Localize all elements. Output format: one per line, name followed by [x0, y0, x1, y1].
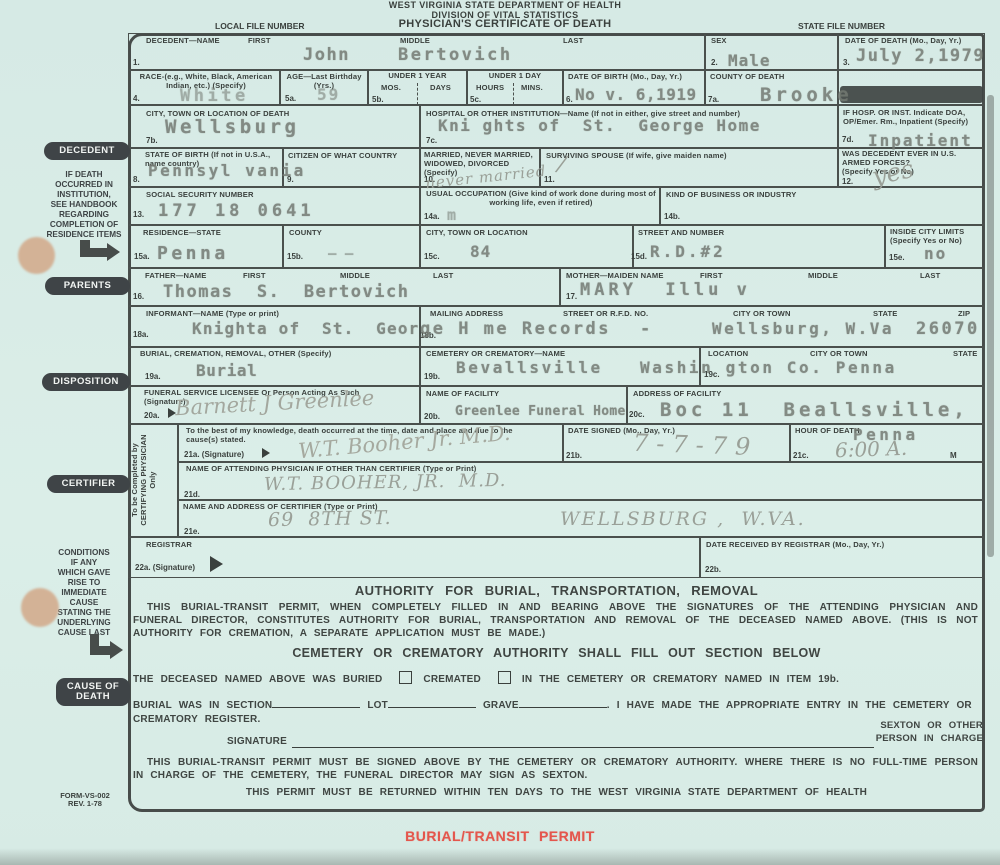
scan-edge-artifact — [987, 95, 994, 557]
field-label-sex: SEX — [711, 37, 727, 46]
field-label-residence-city: CITY, TOWN OR LOCATION — [426, 229, 528, 238]
value-hospital: Kni ghts of St. George Home — [438, 116, 761, 135]
state-file-number-label: STATE FILE NUMBER — [798, 21, 885, 31]
field-num-residence-state: 15a. — [134, 252, 150, 261]
field-label-date-received: DATE RECEIVED BY REGISTRAR (Mo., Day, Yr… — [706, 541, 884, 550]
field-num-date-received: 22b. — [705, 565, 721, 574]
field-label-under-1-day: UNDER 1 DAY — [467, 72, 563, 81]
sidebar-tab-disposition: DISPOSITION — [42, 373, 130, 391]
field-num-citizen: 9. — [287, 175, 294, 184]
bent-arrow-head-icon — [107, 243, 120, 261]
field-label-name-last: LAST — [563, 37, 583, 46]
field-label-street-number: STREET AND NUMBER — [638, 229, 724, 238]
value-certifier-address: 69 8TH ST. — [268, 507, 392, 531]
local-file-number-label: LOCAL FILE NUMBER — [215, 21, 305, 31]
field-num-street-number: 15d. — [631, 252, 647, 261]
section-blank[interactable] — [272, 696, 360, 708]
field-num-father: 16. — [133, 292, 144, 301]
authority-title: AUTHORITY FOR BURIAL, TRANSPORTATION, RE… — [128, 583, 985, 598]
authority-final-line: THIS PERMIT MUST BE RETURNED WITHIN TEN … — [128, 787, 985, 798]
field-label-registrar: REGISTRAR — [146, 541, 192, 550]
value-burial-type: Burial — [196, 361, 257, 380]
value-residence-city: 84 — [470, 242, 491, 261]
value-father: Thomas S. Bertovich — [163, 282, 409, 302]
field-label-spouse: SURVIVING SPOUSE (If wife, give maiden n… — [546, 152, 727, 161]
value-mailing-1: ge H me Records — [420, 319, 611, 339]
field-num-ssn: 13. — [133, 210, 144, 219]
value-mailing-city: Wellsburg, W.Va — [712, 319, 894, 338]
field-num-date-signed: 21b. — [566, 451, 582, 460]
value-cemetery-location: Washin gton Co. Penna — [640, 358, 897, 377]
value-city-of-death: Wellsburg — [165, 116, 299, 138]
signature-label: SIGNATURE — [227, 736, 287, 747]
field-num-armed-forces: 12. — [842, 177, 853, 186]
value-first-name: John — [303, 45, 350, 65]
redaction-bar — [840, 86, 983, 103]
value-attending: W.T. BOOHER, JR. M.D. — [264, 470, 507, 495]
field-num-state-of-birth: 8. — [133, 175, 140, 184]
field-label-citizen: CITIZEN OF WHAT COUNTRY — [288, 152, 397, 161]
lot-blank[interactable] — [388, 696, 476, 708]
field-num-race: 4. — [133, 94, 140, 103]
divider-mos-days — [417, 83, 418, 105]
field-label-father-last: LAST — [433, 272, 453, 281]
field-num-county-of-death: 7a. — [708, 95, 719, 104]
field-label-informant: INFORMANT—NAME (Type or print) — [146, 310, 279, 319]
value-residence-county: — — — [328, 246, 353, 262]
burial-text-1: BURIAL WAS IN SECTION — [133, 700, 272, 711]
value-facility-address: Boc 11 Beallsville, — [660, 399, 969, 421]
field-num-registrar: 22a. (Signature) — [135, 563, 195, 572]
sidebar-tab-decedent: DECEDENT — [44, 142, 130, 160]
field-label-occupation: USUAL OCCUPATION (Give kind of work done… — [426, 190, 656, 208]
field-label-father: FATHER—NAME — [145, 272, 206, 281]
arrow-right-icon — [210, 556, 223, 572]
field-num-facility-address: 20c. — [629, 410, 645, 419]
field-num-hour-of-death: 21c. — [793, 451, 809, 460]
header-line1: WEST VIRGINIA STATE DEPARTMENT OF HEALTH — [130, 0, 880, 10]
field-label-dod: DATE OF DEATH (Mo., Day, Yr.) — [845, 37, 961, 46]
grave-blank[interactable] — [519, 696, 607, 708]
value-ssn: 177 18 0641 — [158, 201, 315, 221]
bent-arrow-head-icon — [110, 641, 123, 659]
field-label-residence-state: RESIDENCE—STATE — [143, 229, 221, 238]
field-label-mother-last: LAST — [920, 272, 940, 281]
authority-subtitle: CEMETERY OR CREMATORY AUTHORITY SHALL FI… — [128, 646, 985, 660]
field-num-hospital: 7c. — [426, 136, 437, 145]
form-revision: REV. 1-78 — [52, 799, 118, 808]
field-label-street-rfd: STREET OR R.F.D. NO. — [563, 310, 648, 319]
field-num-dob: 6. — [566, 95, 573, 104]
field-num-if-hosp: 7d. — [842, 135, 854, 144]
value-informant: Knighta of St. Geor — [192, 319, 420, 338]
value-date-signed: 7-7-79 — [633, 429, 759, 461]
buried-text-1: THE DECEASED NAMED ABOVE WAS BURIED — [133, 674, 382, 685]
sidebar-tab-parents: PARENTS — [45, 277, 130, 295]
field-label-name-first: FIRST — [248, 37, 271, 46]
field-label-mins: MINS. — [521, 84, 543, 93]
field-num-spouse: 11. — [544, 175, 555, 184]
value-race: White — [180, 86, 249, 106]
field-num-burial-type: 19a. — [145, 372, 161, 381]
field-label-state: STATE — [873, 310, 898, 319]
field-num-name: 1. — [133, 58, 140, 67]
field-label-cemetery-state: STATE — [953, 350, 978, 359]
field-num-funeral-licensee: 20a. — [144, 411, 160, 420]
buried-text-3: IN THE CEMETERY OR CREMATORY NAMED IN IT… — [522, 674, 839, 685]
field-num-informant: 18a. — [133, 330, 149, 339]
burial-transit-permit-stamp: BURIAL/TRANSIT PERMIT — [360, 828, 640, 844]
field-label-mother-middle: MIDDLE — [808, 272, 838, 281]
value-hour-of-death: 6:00 A. — [835, 436, 908, 463]
field-num-certifier-name: 21e. — [184, 527, 200, 536]
authority-paragraph-1: THIS BURIAL-TRANSIT PERMIT, WHEN COMPLET… — [133, 601, 978, 640]
sidebar-tab-certifier: CERTIFIER — [47, 475, 130, 493]
value-dod: July 2,1979 — [856, 46, 985, 66]
field-label-name: DECEDENT—NAME — [146, 37, 220, 46]
field-label-county-of-death: COUNTY OF DEATH — [710, 73, 785, 82]
field-num-business: 14b. — [664, 212, 680, 221]
field-label-mos: MOS. — [381, 84, 401, 93]
value-facility: Greenlee Funeral Home — [455, 404, 626, 419]
field-num-residence-city: 15c. — [424, 252, 440, 261]
field-label-hours: HOURS — [476, 84, 504, 93]
value-age: 59 — [317, 85, 340, 104]
field-num-residence-county: 15b. — [287, 252, 303, 261]
burial-section-line: BURIAL WAS IN SECTION LOT GRAVE. I HAVE … — [133, 696, 978, 727]
field-num-cemetery: 19b. — [424, 372, 440, 381]
buried-checkbox[interactable] — [399, 671, 412, 684]
field-label-mailing-address: MAILING ADDRESS — [430, 310, 503, 319]
certifier-strip-label: To be Completed by CERTIFYING PHYSICIAN … — [131, 425, 177, 535]
value-cemetery: Bevallsville — [456, 358, 603, 377]
field-label-burial-type: BURIAL, CREMATION, REMOVAL, OTHER (Speci… — [140, 350, 331, 359]
value-county-of-death: Brooke — [760, 84, 853, 106]
field-num-dod: 3. — [843, 58, 850, 67]
value-sex: Male — [728, 51, 771, 70]
arrow-right-icon — [262, 448, 270, 458]
field-num-age: 5a. — [285, 94, 296, 103]
value-inside-city-limits: no — [924, 244, 947, 263]
value-last-name: Bertovich — [398, 45, 513, 65]
value-dob: No v. 6,1919 — [575, 85, 697, 104]
field-label-facility: NAME OF FACILITY — [426, 390, 499, 399]
buried-text-2: CREMATED — [423, 674, 481, 685]
field-label-ssn: SOCIAL SECURITY NUMBER — [146, 191, 254, 200]
field-num-attending: 21d. — [184, 490, 200, 499]
field-num-facility: 20b. — [424, 412, 440, 421]
punch-hole-stain — [18, 237, 55, 274]
authority-paragraph-2: THIS BURIAL-TRANSIT PERMIT MUST BE SIGNE… — [133, 756, 978, 782]
cremated-checkbox[interactable] — [498, 671, 511, 684]
field-num-under-1-year: 5b. — [372, 95, 384, 104]
field-num-sex: 2. — [711, 58, 718, 67]
field-label-father-middle: MIDDLE — [340, 272, 370, 281]
field-label-hour-m: M — [950, 451, 957, 460]
value-occupation: m — [447, 206, 456, 224]
divider-hours-mins — [513, 83, 514, 105]
punch-hole-stain — [21, 588, 59, 627]
field-label-days: DAYS — [430, 84, 451, 93]
field-num-cert-signature: 21a. (Signature) — [184, 450, 244, 459]
value-mailing-dash: - — [640, 319, 650, 339]
bent-arrow-icon — [80, 248, 107, 257]
scan-bottom-shadow — [0, 848, 1000, 865]
value-street-number: R.D.#2 — [650, 242, 726, 261]
field-label-zip: ZIP — [958, 310, 970, 319]
scanned-death-certificate: WEST VIRGINIA STATE DEPARTMENT OF HEALTH… — [0, 0, 1000, 865]
field-label-residence-county: COUNTY — [289, 229, 322, 238]
buried-cremated-line: THE DECEASED NAMED ABOVE WAS BURIED CREM… — [133, 671, 983, 685]
field-num-inside-city-limits: 15e. — [889, 253, 905, 262]
burial-text-2: LOT — [367, 700, 388, 711]
value-certifier-city: WELLSBURG , W.VA. — [560, 508, 806, 530]
field-label-city-or-town: CITY OR TOWN — [733, 310, 791, 319]
field-num-mother: 17. — [566, 292, 577, 301]
sexton-label: SEXTON OR OTHER PERSON IN CHARGE — [855, 719, 983, 745]
field-num-under-1-day: 5c. — [470, 95, 481, 104]
sidebar-tab-cause-of-death: CAUSE OF DEATH — [56, 678, 130, 706]
field-label-hour-of-death: HOUR OF DEATH — [795, 427, 860, 436]
bent-arrow-icon — [90, 646, 110, 655]
field-label-father-first: FIRST — [243, 272, 266, 281]
value-residence-state: Penna — [157, 243, 229, 264]
burial-text-3: GRAVE — [483, 700, 519, 711]
field-label-business: KIND OF BUSINESS OR INDUSTRY — [666, 191, 797, 200]
field-label-under-1-year: UNDER 1 YEAR — [368, 72, 467, 81]
value-mailing-zip: 26070 — [916, 319, 980, 339]
value-mother: MARY Illu v — [580, 280, 751, 300]
field-label-if-hosp: IF HOSP. OR INST. Indicate DOA, OP/Emer.… — [843, 109, 981, 127]
field-label-facility-address: ADDRESS OF FACILITY — [633, 390, 722, 399]
field-num-city-of-death: 7b. — [146, 136, 158, 145]
sidebar-note-residence: IF DEATH OCCURRED IN INSTITUTION, SEE HA… — [38, 170, 130, 240]
signature-blank[interactable] — [292, 747, 874, 748]
field-label-inside-city-limits: INSIDE CITY LIMITS (Specify Yes or No) — [890, 228, 982, 246]
field-num-occupation: 14a. — [424, 212, 440, 221]
value-if-hosp: Inpatient — [868, 131, 973, 150]
field-label-dob: DATE OF BIRTH (Mo., Day, Yr.) — [568, 73, 682, 82]
value-state-of-birth: Pennsyl vania — [148, 161, 306, 180]
